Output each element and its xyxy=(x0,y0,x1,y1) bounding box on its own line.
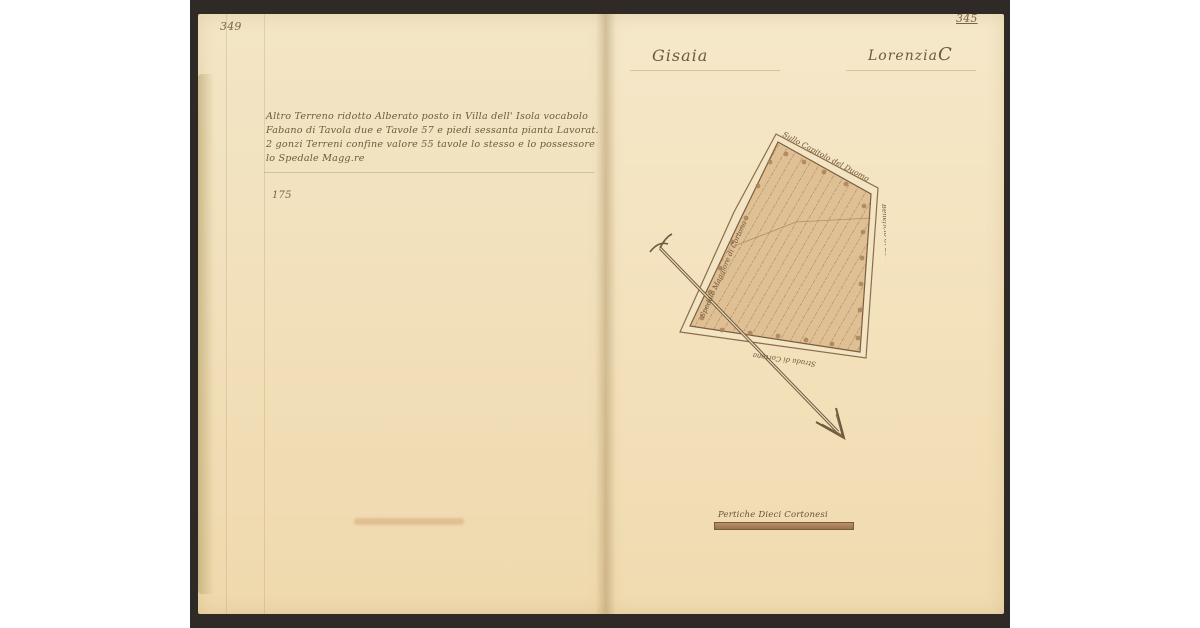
boundary-label-bottom: Strada di Cortona xyxy=(752,351,816,368)
document-viewer: 349 Altro Terreno ridotto Alberato posto… xyxy=(190,0,1010,628)
boundary-label-right: Beneficio di Lorenzo Sant Angelo xyxy=(880,203,886,323)
folio-number: 349 xyxy=(220,20,242,33)
heading-mark: C xyxy=(938,44,953,65)
gutter-shadow xyxy=(596,14,606,614)
margin-number: 175 xyxy=(272,190,292,201)
scale-bar-rule xyxy=(714,522,854,530)
heading-rule xyxy=(630,70,780,71)
folio-number: 345 xyxy=(956,12,978,25)
left-page: 349 Altro Terreno ridotto Alberato posto… xyxy=(198,14,606,614)
heading-locality: Gisaia xyxy=(652,46,708,65)
margin-rule xyxy=(226,14,227,614)
entry-line: 2 gonzi Terreni confine valore 55 tavole… xyxy=(266,138,595,151)
entry-line: Fabano di Tavola due e Tavole 57 e piedi… xyxy=(266,124,599,137)
scale-bar-label: Pertiche Dieci Cortonesi xyxy=(718,510,828,520)
entry-line: lo Spedale Magg.re xyxy=(266,152,365,165)
right-page: 345 Gisaia Lorenzia C xyxy=(606,14,1004,614)
entry-rule xyxy=(264,172,594,173)
page-edge-stain xyxy=(198,74,214,594)
margin-rule xyxy=(264,14,265,614)
entry-line: Altro Terreno ridotto Alberato posto in … xyxy=(266,110,588,123)
scale-bar: Pertiche Dieci Cortonesi xyxy=(714,510,854,532)
ink-bleed-through xyxy=(354,518,464,525)
heading-rule xyxy=(846,70,976,71)
heading-parish: Lorenzia xyxy=(868,48,938,64)
gutter-shadow xyxy=(606,14,616,614)
parcel-map: Sullo Capitolo del Duomo Spedale Maggior… xyxy=(646,122,886,452)
